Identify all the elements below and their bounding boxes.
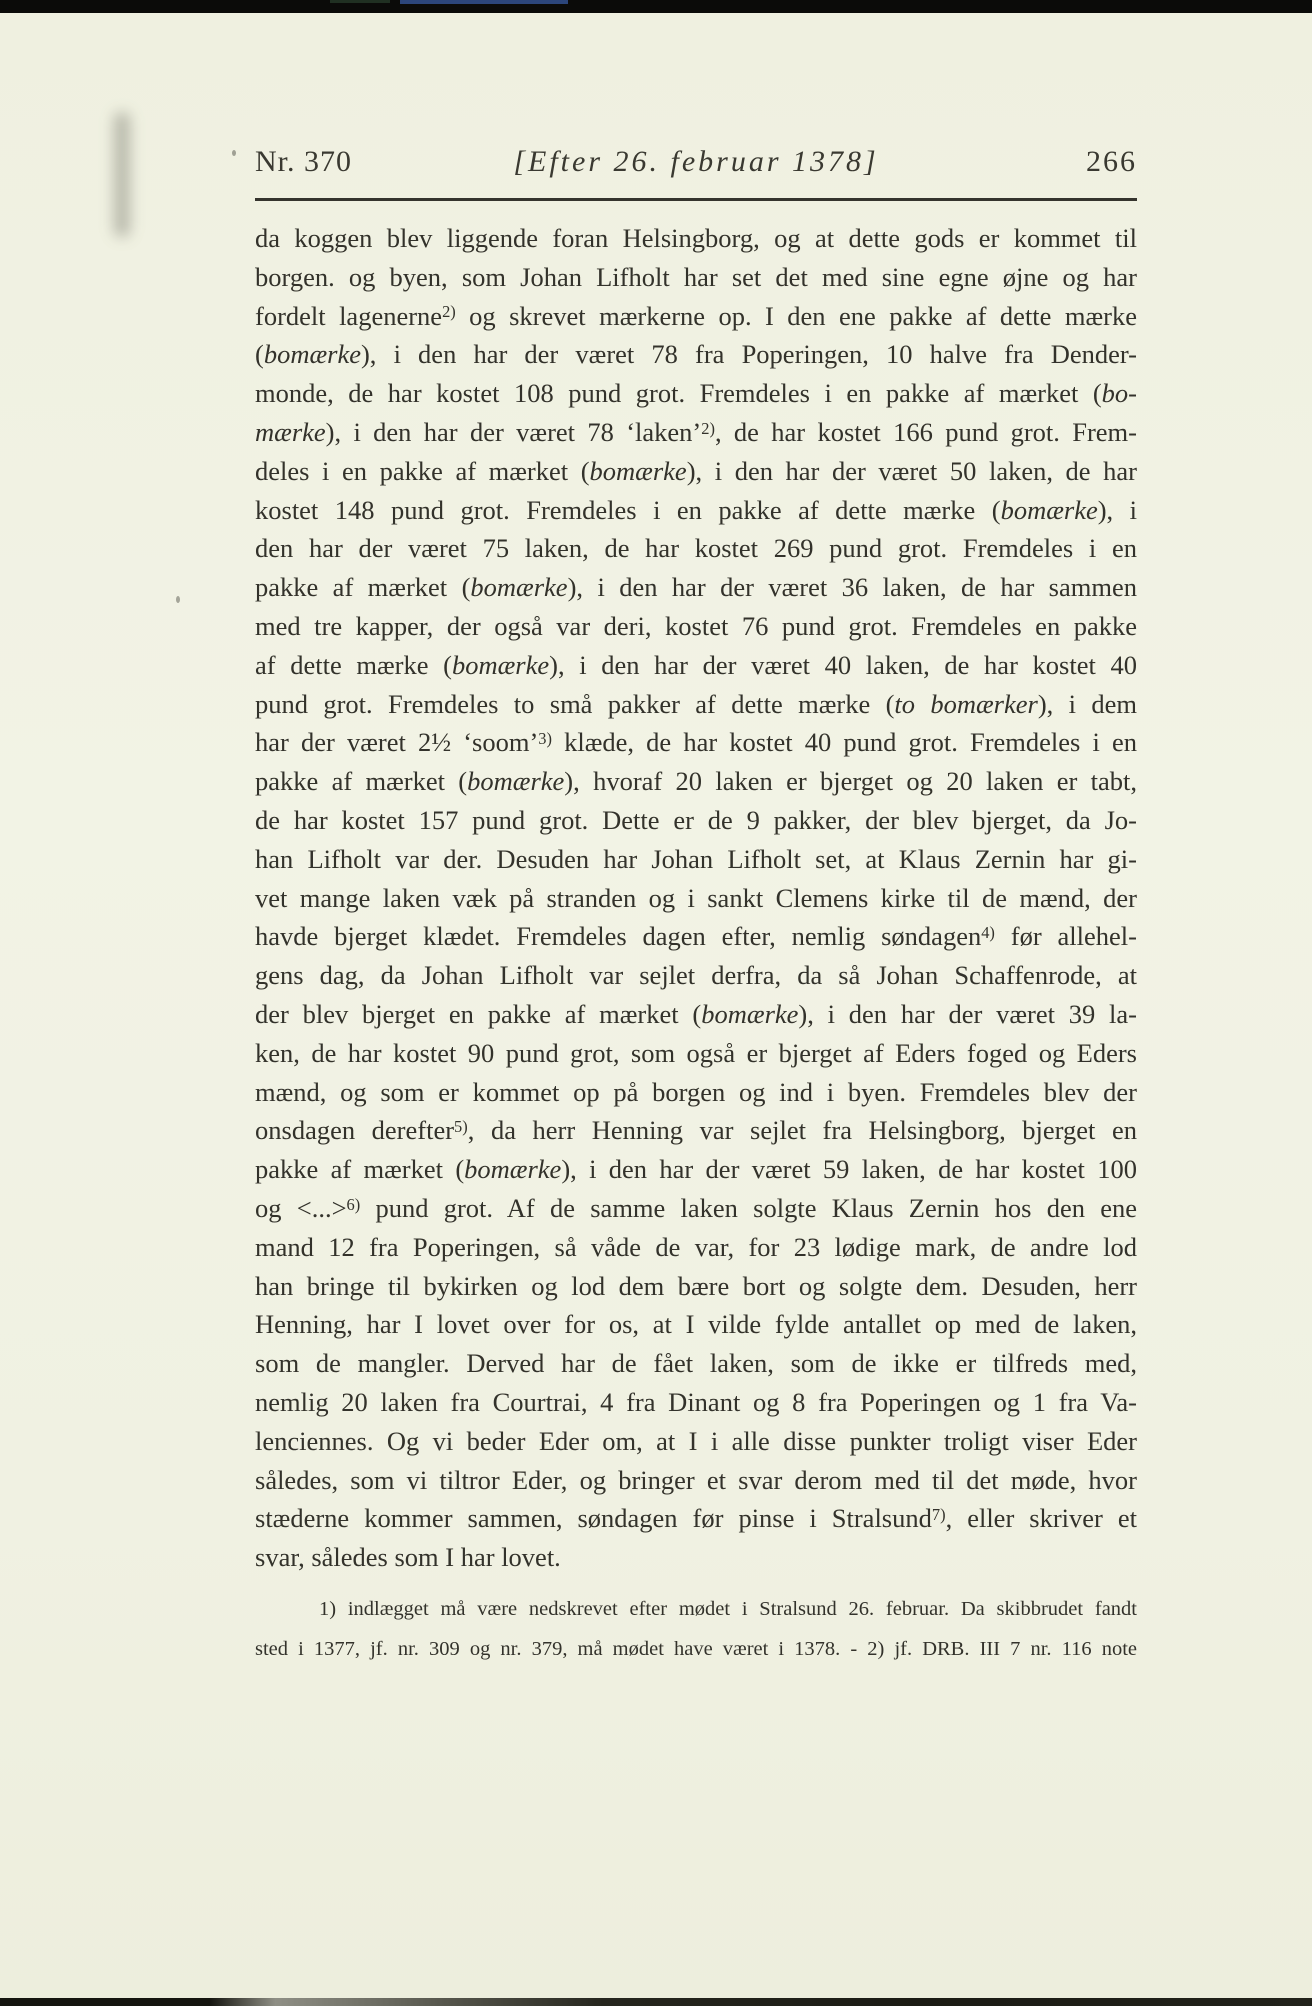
body-text-line: (bomærke), i den har der været 78 fra Po… [255, 335, 1137, 374]
body-text-line: deles i en pakke af mærket (bomærke), i … [255, 452, 1137, 491]
page-header: Nr. 370 [Efter 26. februar 1378] 266 [255, 140, 1137, 184]
body-text-line: nemlig 20 laken fra Courtrai, 4 fra Dina… [255, 1383, 1137, 1422]
body-text-line: således, som vi tiltror Eder, og bringer… [255, 1461, 1137, 1500]
body-text-line: stæderne kommer sammen, søndagen før pin… [255, 1499, 1137, 1538]
page-content: Nr. 370 [Efter 26. februar 1378] 266 da … [255, 0, 1137, 1669]
body-text-line: som de mangler. Derved har de fået laken… [255, 1344, 1137, 1383]
body-text-line: der blev bjerget en pakke af mærket (bom… [255, 995, 1137, 1034]
document-body-text: da koggen blev liggende foran Helsingbor… [255, 219, 1137, 1577]
footnote-line: sted i 1377, jf. nr. 309 og nr. 379, må … [255, 1629, 1137, 1669]
footnote-line: 1) indlægget må være nedskrevet efter mø… [255, 1589, 1137, 1629]
header-rule [255, 198, 1137, 201]
body-text-line: pakke af mærket (bomærke), i den har der… [255, 1150, 1137, 1189]
body-text-line: vet mange laken væk på stranden og i san… [255, 879, 1137, 918]
body-text-line: med tre kapper, der også var deri, koste… [255, 607, 1137, 646]
body-text-line: mærke), i den har der været 78 ‘laken’2)… [255, 413, 1137, 452]
body-text-line: ken, de har kostet 90 pund grot, som ogs… [255, 1034, 1137, 1073]
body-text-line: de har kostet 157 pund grot. Dette er de… [255, 801, 1137, 840]
body-text-line: den har der været 75 laken, de har koste… [255, 529, 1137, 568]
body-text-line: gens dag, da Johan Lifholt var sejlet de… [255, 956, 1137, 995]
body-text-line: kostet 148 pund grot. Fremdeles i en pak… [255, 491, 1137, 530]
body-text-line: og <...>6) pund grot. Af de samme laken … [255, 1189, 1137, 1228]
body-text-line: han Lifholt var der. Desuden har Johan L… [255, 840, 1137, 879]
body-text-line: monde, de har kostet 108 pund grot. Frem… [255, 374, 1137, 413]
page-number: 266 [917, 140, 1138, 184]
body-text-line: lenciennes. Og vi beder Eder om, at I i … [255, 1422, 1137, 1461]
body-text-line: onsdagen derefter5), da herr Henning var… [255, 1111, 1137, 1150]
body-text-line: han bringe til bykirken og lod dem bære … [255, 1267, 1137, 1306]
scanned-book-page: Nr. 370 [Efter 26. februar 1378] 266 da … [0, 0, 1312, 2006]
body-text-line: havde bjerget klædet. Fremdeles dagen ef… [255, 917, 1137, 956]
scan-speck [232, 150, 236, 156]
body-text-line: pakke af mærket (bomærke), i den har der… [255, 568, 1137, 607]
document-date-heading: [Efter 26. februar 1378] [476, 140, 917, 184]
body-text-line: af dette mærke (bomærke), i den har der … [255, 646, 1137, 685]
scan-edge-bottom [0, 1998, 1312, 2006]
body-text-line: svar, således som I har lovet. [255, 1538, 1137, 1577]
body-text-line: mand 12 fra Poperingen, så våde de var, … [255, 1228, 1137, 1267]
body-text-line: fordelt lagenerne2) og skrevet mærkerne … [255, 297, 1137, 336]
body-text-line: da koggen blev liggende foran Helsingbor… [255, 219, 1137, 258]
document-number: Nr. 370 [255, 140, 476, 184]
body-text-line: borgen. og byen, som Johan Lifholt har s… [255, 258, 1137, 297]
body-text-line: pund grot. Fremdeles to små pakker af de… [255, 685, 1137, 724]
body-text-line: pakke af mærket (bomærke), hvoraf 20 lak… [255, 762, 1137, 801]
footnotes-block: 1) indlægget må være nedskrevet efter mø… [255, 1589, 1137, 1669]
body-text-line: mænd, og som er kommet op på borgen og i… [255, 1073, 1137, 1112]
body-text-line: har der været 2½ ‘soom’3) klæde, de har … [255, 723, 1137, 762]
scan-smudge [114, 112, 130, 237]
body-text-line: Henning, har I lovet over for os, at I v… [255, 1305, 1137, 1344]
scan-speck [176, 596, 180, 603]
